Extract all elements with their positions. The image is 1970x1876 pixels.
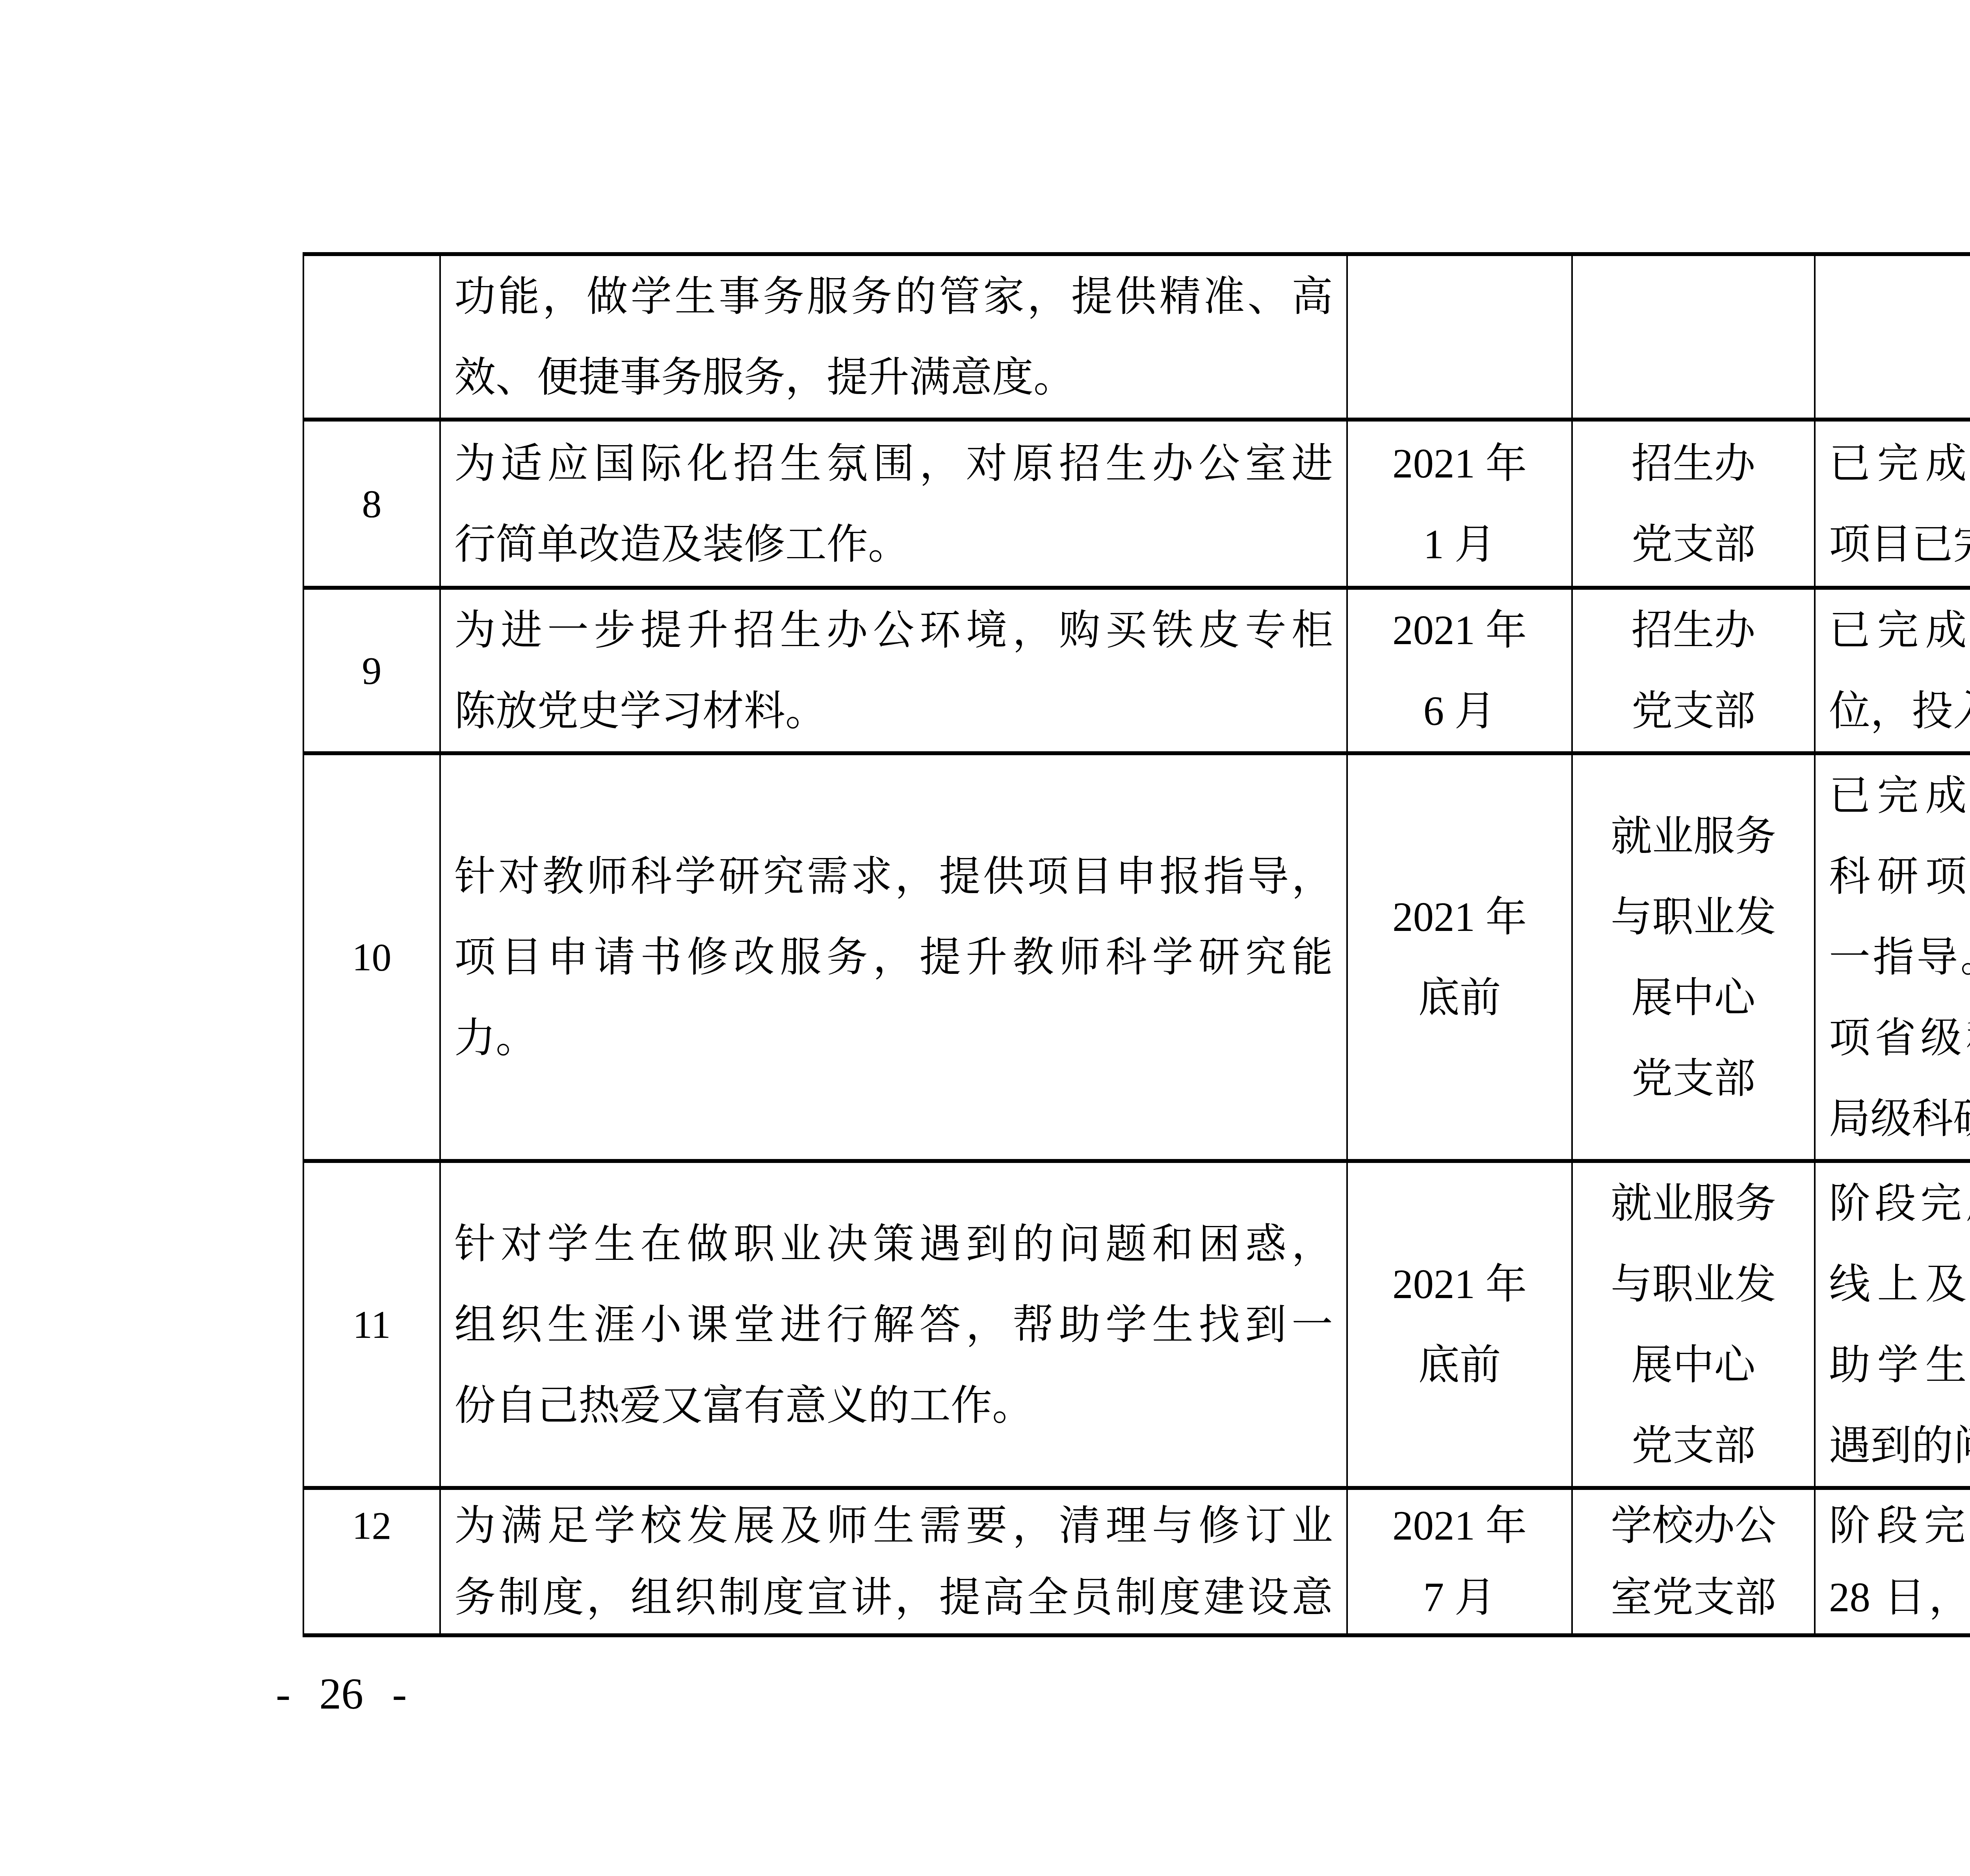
text-line: 6 月 [1361,671,1558,751]
cell-date: 2021 年7 月 [1347,1488,1572,1635]
text-line: 为满足学校发展及师生需要，清理与修订业 [454,1490,1333,1562]
text-line: 与职业发 [1586,1244,1801,1324]
text-line: 招生办 [1586,423,1801,504]
text-line: 阶段完成情况。截止 6 月 [1829,1490,1970,1562]
text-line: 遇到的问题和困惑。 [1829,1405,1970,1486]
text-line: 展中心 [1586,1324,1801,1405]
text-line: 展中心 [1586,957,1801,1038]
cell-status: 已完成。招生办公室改造项目已完成，并投入使用。 [1815,420,1970,588]
text-line: 招生办 [1586,590,1801,671]
document-page: { "page": { "number": "- 26 -" }, "table… [0,0,1970,1876]
cell-serial-number [303,254,440,420]
cell-status: 已完成。针对教师申报的科研项目，提供专家一对一指导。上半年，学校共立项省级科研项… [1815,753,1970,1161]
text-line: 局级科研项目 21 项。 [1829,1078,1970,1159]
cell-task: 为适应国际化招生氛围，对原招生办公室进行简单改造及装修工作。 [440,420,1347,588]
text-line: 1 月 [1361,504,1558,585]
text-line: 2021 年 [1361,1244,1558,1324]
text-line: 陈放党史学习材料。 [454,671,1333,751]
text-line: 阶段完成情况。组织 34 场 [1829,1163,1970,1244]
text-line: 份自己热爱又富有意义的工作。 [454,1365,1333,1446]
text-line: 项省级科研项目 43 项，厅 [1829,997,1970,1078]
text-line: 底前 [1361,1324,1558,1405]
cell-department: 学校办公室党支部 [1572,1488,1815,1635]
cell-status: 阶段完成情况。截止 6 月28 日，计划完成 98 项待修 [1815,1488,1970,1635]
text-line: 已完成。招生办公室改造 [1829,423,1970,504]
text-line: 组织生涯小课堂进行解答，帮助学生找到一 [454,1284,1333,1365]
text-line: 行简单改造及装修工作。 [454,504,1333,585]
text-line: 党支部 [1586,671,1801,751]
table-row: 8为适应国际化招生氛围，对原招生办公室进行简单改造及装修工作。2021 年1 月… [303,420,1970,588]
table-row: 12为满足学校发展及师生需要，清理与修订业务制度，组织制度宣讲，提高全员制度建设… [303,1488,1970,1635]
text-line: 功能，做学生事务服务的管家，提供精准、高 [454,256,1333,337]
page-number: - 26 - [276,1670,407,1718]
text-line: 项目申请书修改服务，提升教师科学研究能 [454,917,1333,997]
text-line: 位，投入使用。 [1829,671,1970,751]
text-line: 10 [304,917,439,997]
task-progress-table-wrap: 功能，做学生事务服务的管家，提供精准、高效、便捷事务服务，提升满意度。8为适应国… [303,252,1970,1637]
text-line: 2021 年 [1361,423,1558,504]
cell-department: 招生办党支部 [1572,588,1815,753]
text-line: 底前 [1361,957,1558,1038]
text-line: 党支部 [1586,504,1801,585]
cell-task: 针对教师科学研究需求，提供项目申报指导，项目申请书修改服务，提升教师科学研究能力… [440,753,1347,1161]
text-line: 已完成。针对教师申报的 [1829,755,1970,836]
cell-date: 2021 年底前 [1347,753,1572,1161]
text-line: 助学生解决在做职业决策 [1829,1324,1970,1405]
text-line: 项目已完成，并投入使用。 [1829,504,1970,585]
cell-task: 为满足学校发展及师生需要，清理与修订业务制度，组织制度宣讲，提高全员制度建设意 [440,1488,1347,1635]
cell-department: 就业服务与职业发展中心党支部 [1572,753,1815,1161]
text-line: 9 [304,630,439,711]
text-line: 务制度，组织制度宣讲，提高全员制度建设意 [454,1562,1333,1633]
cell-serial-number: 12 [303,1488,440,1635]
text-line: 为进一步提升招生办公环境，购买铁皮专柜 [454,590,1333,671]
text-line: 11 [304,1284,439,1365]
cell-status [1815,254,1970,420]
table-row: 9为进一步提升招生办公环境，购买铁皮专柜陈放党史学习材料。2021 年6 月招生… [303,588,1970,753]
text-line: 线上及线下培训活动，帮 [1829,1244,1970,1324]
cell-department: 招生办党支部 [1572,420,1815,588]
cell-task: 针对学生在做职业决策遇到的问题和困惑，组织生涯小课堂进行解答，帮助学生找到一份自… [440,1161,1347,1488]
cell-department [1572,254,1815,420]
text-line: 已完成。铁皮柜已安放到 [1829,590,1970,671]
table-row: 11针对学生在做职业决策遇到的问题和困惑，组织生涯小课堂进行解答，帮助学生找到一… [303,1161,1970,1488]
cell-department: 就业服务与职业发展中心党支部 [1572,1161,1815,1488]
cell-serial-number: 11 [303,1161,440,1488]
text-line: 就业服务 [1586,1163,1801,1244]
text-line: 室党支部 [1586,1562,1801,1633]
text-line: 为适应国际化招生氛围，对原招生办公室进 [454,423,1333,504]
cell-status: 阶段完成情况。组织 34 场线上及线下培训活动，帮助学生解决在做职业决策遇到的问… [1815,1161,1970,1488]
cell-date: 2021 年底前 [1347,1161,1572,1488]
text-line: 一指导。上半年，学校共立 [1829,917,1970,997]
cell-serial-number: 8 [303,420,440,588]
text-line: 8 [304,463,439,544]
text-line: 2021 年 [1361,1490,1558,1562]
text-line: 与职业发 [1586,877,1801,957]
text-line: 力。 [454,997,1333,1078]
cell-date: 2021 年1 月 [1347,420,1572,588]
text-line: 党支部 [1586,1038,1801,1119]
task-progress-table: 功能，做学生事务服务的管家，提供精准、高效、便捷事务服务，提升满意度。8为适应国… [303,252,1970,1637]
cell-task: 为进一步提升招生办公环境，购买铁皮专柜陈放党史学习材料。 [440,588,1347,753]
text-line: 12 [304,1490,439,1562]
text-line: 7 月 [1361,1562,1558,1633]
text-line: 就业服务 [1586,796,1801,877]
table-row: 功能，做学生事务服务的管家，提供精准、高效、便捷事务服务，提升满意度。 [303,254,1970,420]
text-line: 党支部 [1586,1405,1801,1486]
text-line: 2021 年 [1361,877,1558,957]
text-line: 科研项目，提供专家一对 [1829,836,1970,917]
text-line: 针对教师科学研究需求，提供项目申报指导， [454,836,1333,917]
cell-task: 功能，做学生事务服务的管家，提供精准、高效、便捷事务服务，提升满意度。 [440,254,1347,420]
text-line: 28 日，计划完成 98 项待修 [1829,1562,1970,1633]
cell-date [1347,254,1572,420]
text-line: 2021 年 [1361,590,1558,671]
text-line: 效、便捷事务服务，提升满意度。 [454,337,1333,418]
cell-status: 已完成。铁皮柜已安放到位，投入使用。 [1815,588,1970,753]
text-line: 学校办公 [1586,1490,1801,1562]
text-line: 针对学生在做职业决策遇到的问题和困惑， [454,1204,1333,1284]
cell-serial-number: 10 [303,753,440,1161]
cell-serial-number: 9 [303,588,440,753]
table-row: 10针对教师科学研究需求，提供项目申报指导，项目申请书修改服务，提升教师科学研究… [303,753,1970,1161]
cell-date: 2021 年6 月 [1347,588,1572,753]
